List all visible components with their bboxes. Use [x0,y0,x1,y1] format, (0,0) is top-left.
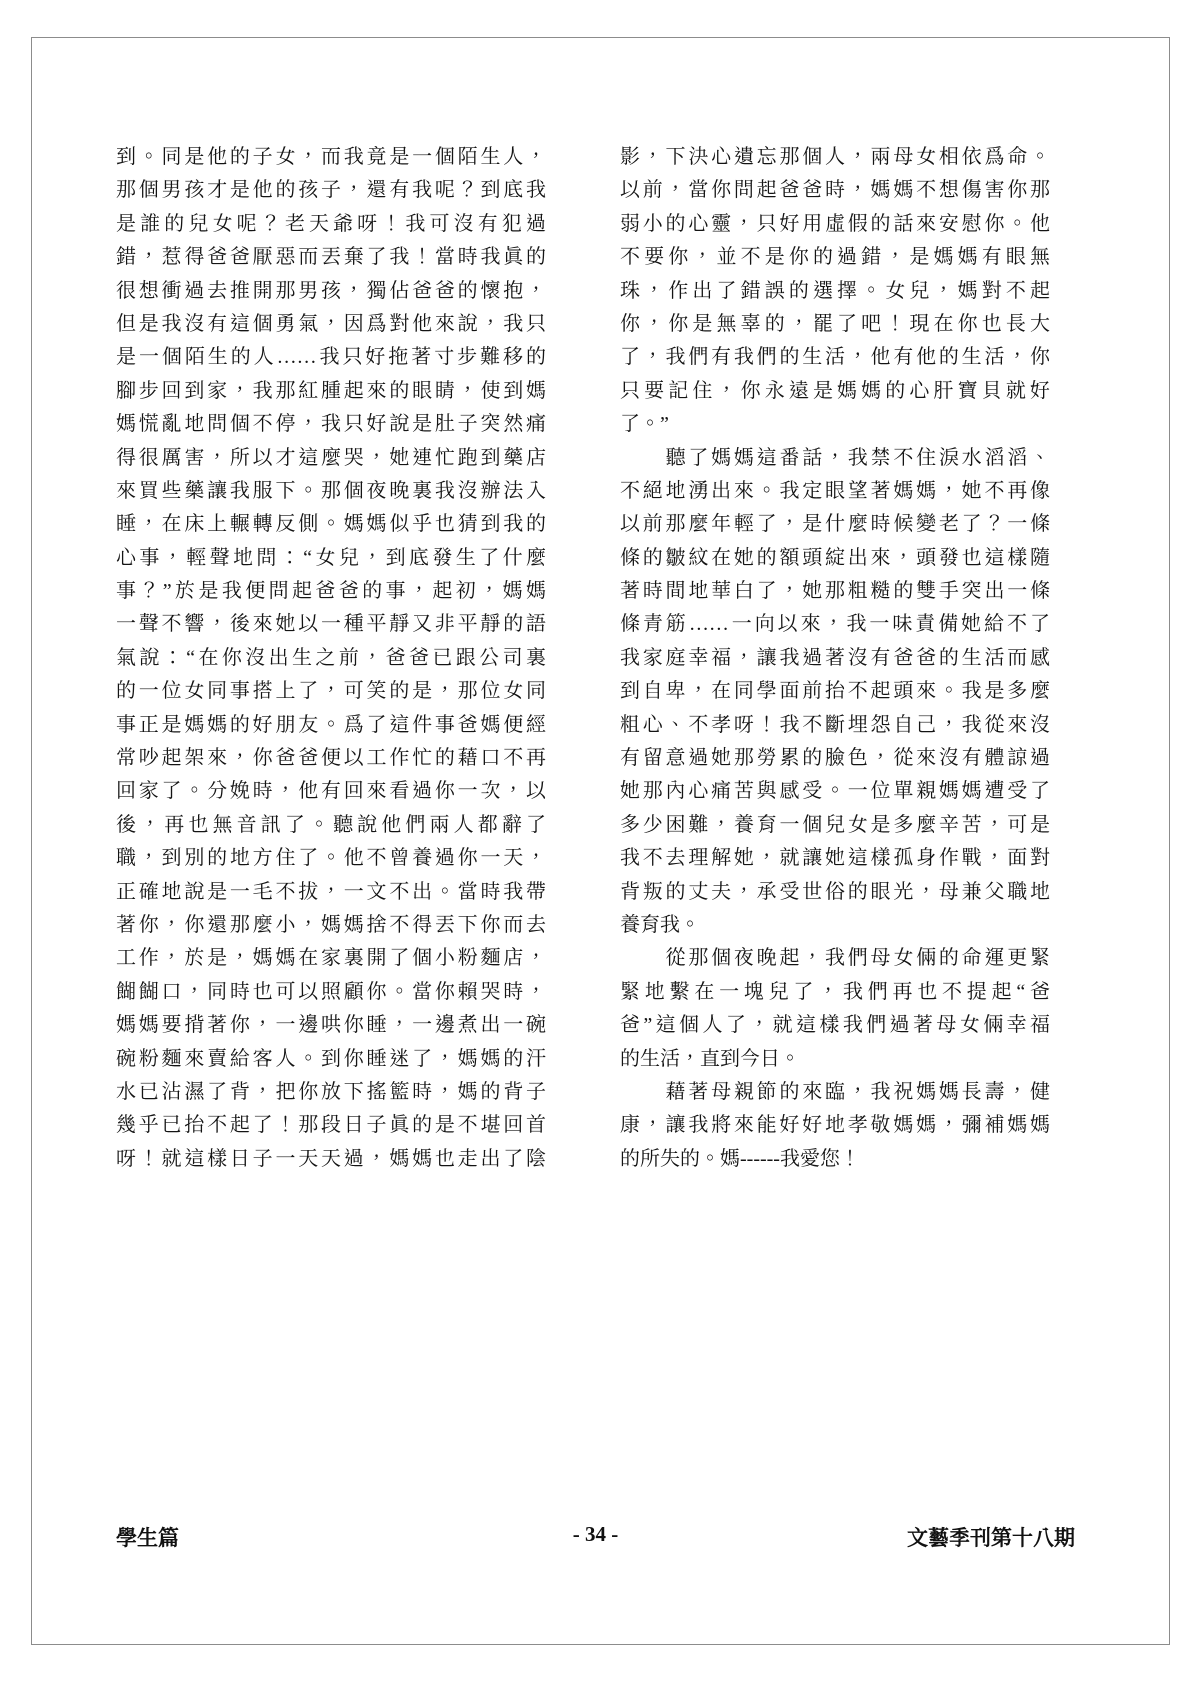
text-line: 職，到別的地方住了。他不曾養過你一天， [116,842,546,875]
text-line: 了，我們有我們的生活，他有他的生活，你 [620,341,1050,374]
text-line: 以前那麼年輕了，是什麼時候變老了？一條 [620,508,1050,541]
text-line: 到自卑，在同學面前抬不起頭來。我是多麼 [620,675,1050,708]
text-line: 心事，輕聲地問：“女兒，到底發生了什麼 [116,542,546,575]
text-line: 你，你是無辜的，罷了吧！現在你也長大 [620,308,1050,341]
footer-publication-title: 文藝季刊第十八期 [907,1522,1075,1552]
text-line: 是一個陌生的人……我只好拖著寸步難移的 [116,341,546,374]
text-line: 一聲不響，後來她以一種平靜又非平靜的語 [116,608,546,641]
text-line: 正確地說是一毛不拔，一文不出。當時我帶 [116,876,546,909]
text-column-right: 影，下決心遺忘那個人，兩母女相依爲命。以前，當你問起爸爸時，媽媽不想傷害你那弱小… [620,141,1050,1176]
text-line: 我不去理解她，就讓她這樣孤身作戰，面對 [620,842,1050,875]
text-line: 弱小的心靈，只好用虛假的話來安慰你。他 [620,208,1050,241]
text-line: 餬餬口，同時也可以照顧你。當你賴哭時， [116,976,546,1009]
text-line: 爸”這個人了，就這樣我們過著母女倆幸福 [620,1009,1050,1042]
text-line: 是誰的兒女呢？老天爺呀！我可沒有犯過 [116,208,546,241]
text-line: 水已沾濕了背，把你放下搖籃時，媽的背子 [116,1076,546,1109]
text-line: 以前，當你問起爸爸時，媽媽不想傷害你那 [620,174,1050,207]
text-line: 從那個夜晚起，我們母女倆的命運更緊 [620,942,1050,975]
text-line: 珠，作出了錯誤的選擇。女兒，媽對不起 [620,275,1050,308]
text-line: 背叛的丈夫，承受世俗的眼光，母兼父職地 [620,876,1050,909]
text-line: 了。” [620,408,1050,441]
text-line: 後，再也無音訊了。聽說他們兩人都辭了 [116,809,546,842]
text-line: 著時間地華白了，她那粗糙的雙手突出一條 [620,575,1050,608]
text-line: 很想衝過去推開那男孩，獨佔爸爸的懷抱， [116,275,546,308]
text-line: 那個男孩才是他的孩子，還有我呢？到底我 [116,174,546,207]
text-line: 她那內心痛苦與感受。一位單親媽媽遭受了 [620,775,1050,808]
text-line: 媽慌亂地問個不停，我只好說是肚子突然痛 [116,408,546,441]
text-line: 條的皺紋在她的額頭綻出來，頭發也這樣隨 [620,542,1050,575]
text-line: 藉著母親節的來臨，我祝媽媽長壽，健 [620,1076,1050,1109]
text-line: 錯，惹得爸爸厭惡而丟棄了我！當時我眞的 [116,241,546,274]
text-line: 事？”於是我便問起爸爸的事，起初，媽媽 [116,575,546,608]
text-line: 回家了。分娩時，他有回來看過你一次，以 [116,775,546,808]
text-line: 不絕地湧出來。我定眼望著媽媽，她不再像 [620,475,1050,508]
text-line: 康，讓我將來能好好地孝敬媽媽，彌補媽媽 [620,1109,1050,1142]
text-line: 的一位女同事搭上了，可笑的是，那位女同 [116,675,546,708]
text-line: 幾乎已抬不起了！那段日子眞的是不堪回首 [116,1109,546,1142]
text-line: 有留意過她那勞累的臉色，從來沒有體諒過 [620,742,1050,775]
text-line: 影，下決心遺忘那個人，兩母女相依爲命。 [620,141,1050,174]
text-line: 粗心、不孝呀！我不斷埋怨自己，我從來沒 [620,709,1050,742]
page-footer: 學生篇 - 34 - 文藝季刊第十八期 [116,1522,1075,1554]
text-line: 來買些藥讓我服下。那個夜晚裏我沒辦法入 [116,475,546,508]
text-line: 但是我沒有這個勇氣，因爲對他來說，我只 [116,308,546,341]
text-line: 呀！就這樣日子一天天過，媽媽也走出了陰 [116,1143,546,1176]
text-line: 的生活，直到今日。 [620,1043,1050,1076]
text-line: 得很厲害，所以才這麼哭，她連忙跑到藥店 [116,442,546,475]
text-line: 到。同是他的子女，而我竟是一個陌生人， [116,141,546,174]
text-line: 只要記住，你永遠是媽媽的心肝寶貝就好 [620,375,1050,408]
text-line: 常吵起架來，你爸爸便以工作忙的藉口不再 [116,742,546,775]
text-column-left: 到。同是他的子女，而我竟是一個陌生人，那個男孩才是他的孩子，還有我呢？到底我是誰… [116,141,546,1176]
text-line: 不要你，並不是你的過錯，是媽媽有眼無 [620,241,1050,274]
text-line: 腳步回到家，我那紅腫起來的眼睛，使到媽 [116,375,546,408]
text-line: 睡，在床上輾轉反側。媽媽似乎也猜到我的 [116,508,546,541]
text-line: 條青筋……一向以來，我一味責備她給不了 [620,608,1050,641]
text-line: 工作，於是，媽媽在家裏開了個小粉麵店， [116,942,546,975]
text-line: 的所失的。媽------我愛您！ [620,1143,1050,1176]
text-line: 聽了媽媽這番話，我禁不住淚水滔滔、 [620,442,1050,475]
document-page: 到。同是他的子女，而我竟是一個陌生人，那個男孩才是他的孩子，還有我呢？到底我是誰… [0,0,1200,1682]
text-line: 氣說：“在你沒出生之前，爸爸已跟公司裏 [116,642,546,675]
text-line: 緊地繫在一塊兒了，我們再也不提起“爸 [620,976,1050,1009]
text-line: 著你，你還那麼小，媽媽捨不得丟下你而去 [116,909,546,942]
text-line: 多少困難，養育一個兒女是多麼辛苦，可是 [620,809,1050,842]
text-line: 事正是媽媽的好朋友。爲了這件事爸媽便經 [116,709,546,742]
text-line: 碗粉麵來賣給客人。到你睡迷了，媽媽的汗 [116,1043,546,1076]
text-line: 媽媽要揹著你，一邊哄你睡，一邊煮出一碗 [116,1009,546,1042]
text-line: 我家庭幸福，讓我過著沒有爸爸的生活而感 [620,642,1050,675]
text-line: 養育我。 [620,909,1050,942]
